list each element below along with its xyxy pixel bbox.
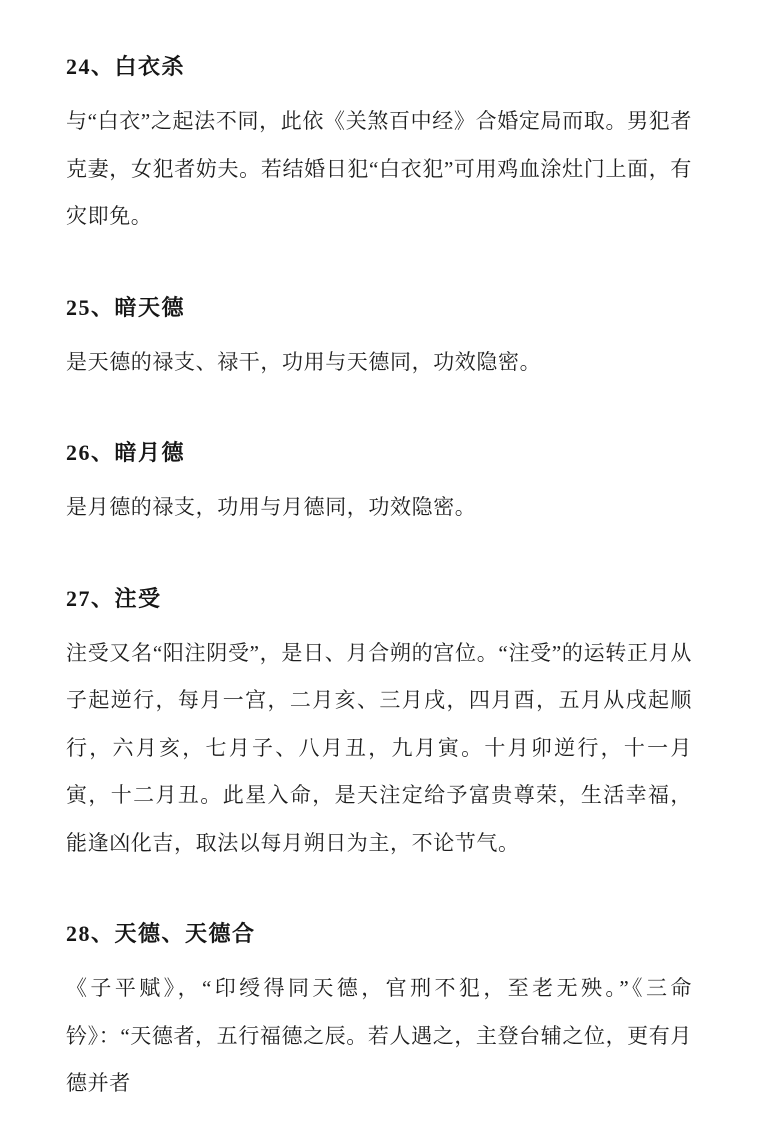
- section-paragraph: 《子平赋》，“印绶得同天德，官刑不犯，至老无殃。”《三命钤》：“天德者，五行福德…: [66, 965, 692, 1108]
- section-heading: 26、暗月德: [66, 438, 692, 468]
- section-paragraph: 与“白衣”之起法不同，此依《关煞百中经》合婚定局而取。男犯者克妻，女犯者妨夫。若…: [66, 98, 692, 241]
- section-heading: 24、白衣杀: [66, 52, 692, 82]
- section-heading: 28、天德、天德合: [66, 919, 692, 949]
- section-25-antiande: 25、暗天德 是天德的禄支、禄干，功用与天德同，功效隐密。: [66, 293, 692, 387]
- section-paragraph: 注受又名“阳注阴受”，是日、月合朔的宫位。“注受”的运转正月从子起逆行，每月一宫…: [66, 630, 692, 868]
- section-26-anyuede: 26、暗月德 是月德的禄支，功用与月德同，功效隐密。: [66, 438, 692, 532]
- section-28-tiande: 28、天德、天德合 《子平赋》，“印绶得同天德，官刑不犯，至老无殃。”《三命钤》…: [66, 919, 692, 1108]
- section-27-zhushou: 27、注受 注受又名“阳注阴受”，是日、月合朔的宫位。“注受”的运转正月从子起逆…: [66, 584, 692, 868]
- section-heading: 25、暗天德: [66, 293, 692, 323]
- section-heading: 27、注受: [66, 584, 692, 614]
- section-paragraph: 是月德的禄支，功用与月德同，功效隐密。: [66, 484, 692, 532]
- section-paragraph: 是天德的禄支、禄干，功用与天德同，功效隐密。: [66, 339, 692, 387]
- document-page: 24、白衣杀 与“白衣”之起法不同，此依《关煞百中经》合婚定局而取。男犯者克妻，…: [0, 0, 757, 1144]
- section-24-baiyisha: 24、白衣杀 与“白衣”之起法不同，此依《关煞百中经》合婚定局而取。男犯者克妻，…: [66, 52, 692, 241]
